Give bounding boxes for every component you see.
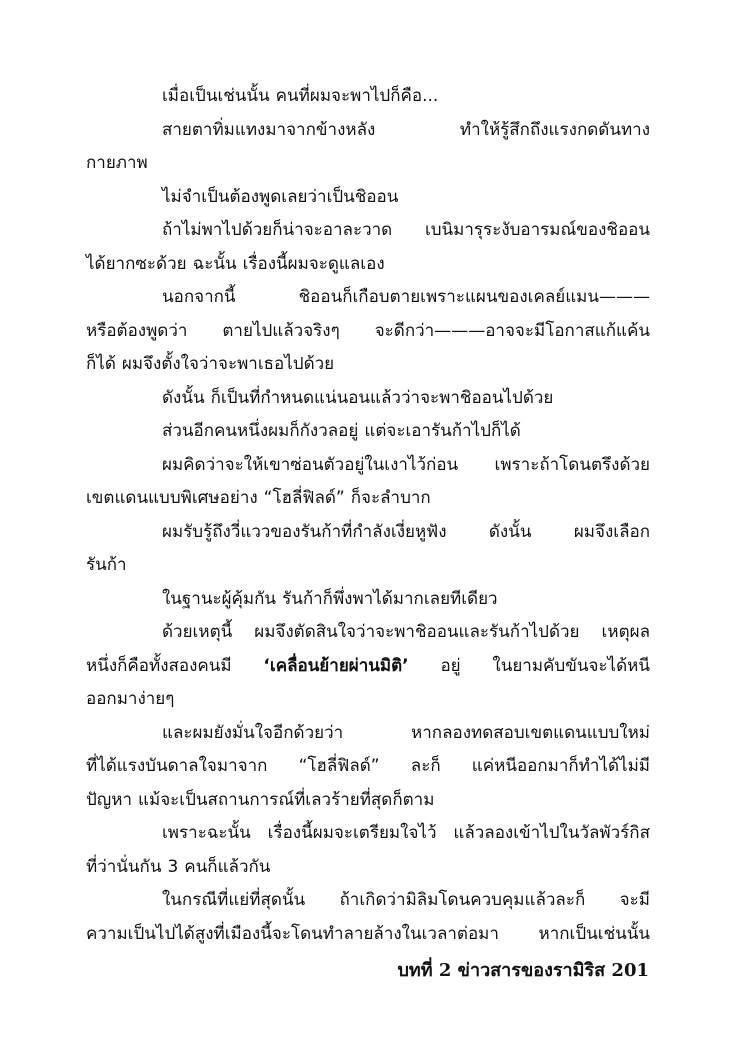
text-segment: รันก้า <box>86 549 127 583</box>
text-line: ได้ยากซะด้วยฉะนั้นเรื่องนี้ผมจะดูแลเอง <box>86 248 650 282</box>
text-segment: ดังนั้น <box>162 382 205 416</box>
text-line: กายภาพ <box>86 147 650 181</box>
text-segment: ผมรับรู้ถึงวี่แววของรันก้าที่กำลังเงี่ยห… <box>162 516 447 550</box>
text-segment: เพราะถ้าโดนตรึงด้วย <box>495 449 650 483</box>
text-segment: ที่ว่านั่นกัน <box>86 851 161 885</box>
bold-term: ‘เคลื่อนย้ายผ่านมิติ’ <box>263 650 408 684</box>
text-segment: ก็จะลำบาก <box>351 482 431 516</box>
text-segment: จะมี <box>620 884 650 918</box>
text-segment: และผมยังมั่นใจอีกด้วยว่า <box>162 717 343 751</box>
book-page: เมื่อเป็นเช่นนั้นคนที่ผมจะพาไปก็คือ...สา… <box>0 0 738 1051</box>
text-line: ส่วนอีกคนหนึ่งผมก็กังวลอยู่แต่จะเอารันก้… <box>86 415 650 449</box>
text-segment: ในฐานะผู้คุ้มกัน <box>162 583 276 617</box>
text-segment: เมื่อเป็นเช่นนั้น <box>162 80 270 114</box>
text-line: เมื่อเป็นเช่นนั้นคนที่ผมจะพาไปก็คือ... <box>86 80 650 114</box>
text-line: ด้วยเหตุนี้ผมจึงตัดสินใจว่าจะพาชิออนและร… <box>86 616 650 650</box>
text-segment: ผมคิดว่าจะให้เขาซ่อนตัวอยู่ในเงาไว้ก่อน <box>162 449 458 483</box>
text-segment: แต่จะเอารันก้าไปก็ได้ <box>364 415 520 449</box>
text-segment: ไม่จำเป็นต้องพูดเลยว่าเป็นชิออน <box>162 181 398 215</box>
text-line: ที่ได้แรงบันดาลใจมาจาก“โฮลี่ฟิลด์”ละก็แค… <box>86 750 650 784</box>
text-line: ที่ว่านั่นกัน3คนก็แล้วกัน <box>86 851 650 885</box>
text-segment: อยู่ <box>440 650 460 684</box>
text-segment: นอกจากนี้ <box>162 281 236 315</box>
text-line: ก็ได้ผมจึงตั้งใจว่าจะพาเธอไปด้วย <box>86 348 650 382</box>
text-line: ดังนั้นก็เป็นที่กำหนดแน่นอนแล้วว่าจะพาชิ… <box>86 382 650 416</box>
text-segment: ทำให้รู้สึกถึงแรงกดดันทาง <box>460 114 650 148</box>
text-segment: ผมจึงตัดสินใจว่าจะพาชิออนและรันก้าไปด้วย <box>254 616 579 650</box>
text-segment: สายตาทิ่มแทงมาจากข้างหลัง <box>162 114 375 148</box>
text-segment: ความเป็นไปได้สูงที่เมืองนี้จะโดนทำลายล้า… <box>86 918 499 952</box>
text-segment: แค่หนีออกมาก็ทำได้ไม่มี <box>472 750 650 784</box>
text-segment: แล้วลองเข้าไปในวัลพัวร์กิส <box>453 817 650 851</box>
body-text: เมื่อเป็นเช่นนั้นคนที่ผมจะพาไปก็คือ...สา… <box>86 80 650 951</box>
text-line: ในฐานะผู้คุ้มกันรันก้าก็พึ่งพาได้มากเลยท… <box>86 583 650 617</box>
text-line: ออกมาง่ายๆ <box>86 683 650 717</box>
text-segment: ได้ยากซะด้วย <box>86 248 187 282</box>
text-segment: ผมจึงเลือก <box>574 516 650 550</box>
text-line: ถ้าไม่พาไปด้วยก็น่าจะอาละวาดเบนิมารุระงั… <box>86 214 650 248</box>
text-segment: ด้วยเหตุนี้ <box>162 616 232 650</box>
text-line: ผมคิดว่าจะให้เขาซ่อนตัวอยู่ในเงาไว้ก่อนเ… <box>86 449 650 483</box>
text-segment: ฉะนั้น <box>193 248 237 282</box>
text-segment: ก็เป็นที่กำหนดแน่นอนแล้วว่าจะพาชิออนไปด้… <box>211 382 554 416</box>
text-line: เพราะฉะนั้นเรื่องนี้ผมจะเตรียมใจไว้แล้วล… <box>86 817 650 851</box>
text-segment: ออกมาง่ายๆ <box>86 683 174 717</box>
text-segment: ปัญหา <box>86 784 132 818</box>
text-segment: ในกรณีที่แย่ที่สุดนั้น <box>162 884 305 918</box>
text-segment: กายภาพ <box>86 147 148 181</box>
text-segment: ละก็ <box>411 750 441 784</box>
text-segment: เหตุผล <box>602 616 650 650</box>
text-segment: ถ้าไม่พาไปด้วยก็น่าจะอาละวาด <box>162 214 392 248</box>
text-segment: ส่วนอีกคนหนึ่งผมก็กังวลอยู่ <box>162 415 358 449</box>
text-segment: จะดีกว่า———อาจจะมีโอกาสแก้แค้น <box>375 315 650 349</box>
text-segment: เรื่องนี้ผมจะดูแลเอง <box>243 248 385 282</box>
text-segment: หากเป็นเช่นนั้น <box>539 918 650 952</box>
text-segment: เบนิมารุระงับอารมณ์ของชิออน <box>425 214 650 248</box>
text-segment: ในยามคับขันจะได้หนี <box>492 650 650 684</box>
text-segment: ดังนั้น <box>489 516 532 550</box>
text-segment: ก็ได้ <box>86 348 116 382</box>
text-segment: รันก้าก็พึ่งพาได้มากเลยทีเดียว <box>282 583 498 617</box>
text-segment: ชิออนก็เกือบตายเพราะแผนของเคลย์แมน——— <box>299 281 650 315</box>
text-segment: หรือต้องพูดว่า <box>86 315 187 349</box>
page-footer-chapter-and-page-number: บทที่ 2 ข่าวสารของรามิริส 201 <box>393 955 649 984</box>
text-segment: แม้จะเป็นสถานการณ์ที่เลวร้ายที่สุดก็ตาม <box>138 784 434 818</box>
text-line: และผมยังมั่นใจอีกด้วยว่าหากลองทดสอบเขตแด… <box>86 717 650 751</box>
text-segment: เพราะฉะนั้น <box>162 817 251 851</box>
text-line: ความเป็นไปได้สูงที่เมืองนี้จะโดนทำลายล้า… <box>86 918 650 952</box>
text-segment: ผมจึงตั้งใจว่าจะพาเธอไปด้วย <box>122 348 334 382</box>
text-line: ในกรณีที่แย่ที่สุดนั้นถ้าเกิดว่ามิลิมโดน… <box>86 884 650 918</box>
text-segment: ถ้าเกิดว่ามิลิมโดนควบคุมแล้วละก็ <box>340 884 586 918</box>
text-segment: เขตแดนแบบพิเศษอย่าง <box>86 482 258 516</box>
text-segment: คนก็แล้วกัน <box>184 851 270 885</box>
text-line: ปัญหาแม้จะเป็นสถานการณ์ที่เลวร้ายที่สุดก… <box>86 784 650 818</box>
text-segment: คนที่ผมจะพาไปก็คือ... <box>276 80 439 114</box>
text-line: นอกจากนี้ชิออนก็เกือบตายเพราะแผนของเคลย์… <box>86 281 650 315</box>
text-line: เขตแดนแบบพิเศษอย่าง“โฮลี่ฟิลด์”ก็จะลำบาก <box>86 482 650 516</box>
text-line: ผมรับรู้ถึงวี่แววของรันก้าที่กำลังเงี่ยห… <box>86 516 650 550</box>
text-line: รันก้า <box>86 549 650 583</box>
text-segment: ตายไปแล้วจริงๆ <box>222 315 339 349</box>
text-segment: “โฮลี่ฟิลด์” <box>299 750 380 784</box>
text-line: สายตาทิ่มแทงมาจากข้างหลังทำให้รู้สึกถึงแ… <box>86 114 650 148</box>
text-line: หนึ่งก็คือทั้งสองคนมี‘เคลื่อนย้ายผ่านมิต… <box>86 650 650 684</box>
text-segment: “โฮลี่ฟิลด์” <box>264 482 345 516</box>
text-segment: เรื่องนี้ผมจะเตรียมใจไว้ <box>268 817 437 851</box>
text-segment: หากลองทดสอบเขตแดนแบบใหม่ <box>411 717 650 751</box>
text-line: หรือต้องพูดว่าตายไปแล้วจริงๆจะดีกว่า———อ… <box>86 315 650 349</box>
text-line: ไม่จำเป็นต้องพูดเลยว่าเป็นชิออน <box>86 181 650 215</box>
text-segment: 3 <box>167 851 178 885</box>
text-segment: หนึ่งก็คือทั้งสองคนมี <box>86 650 232 684</box>
text-segment: ที่ได้แรงบันดาลใจมาจาก <box>86 750 267 784</box>
